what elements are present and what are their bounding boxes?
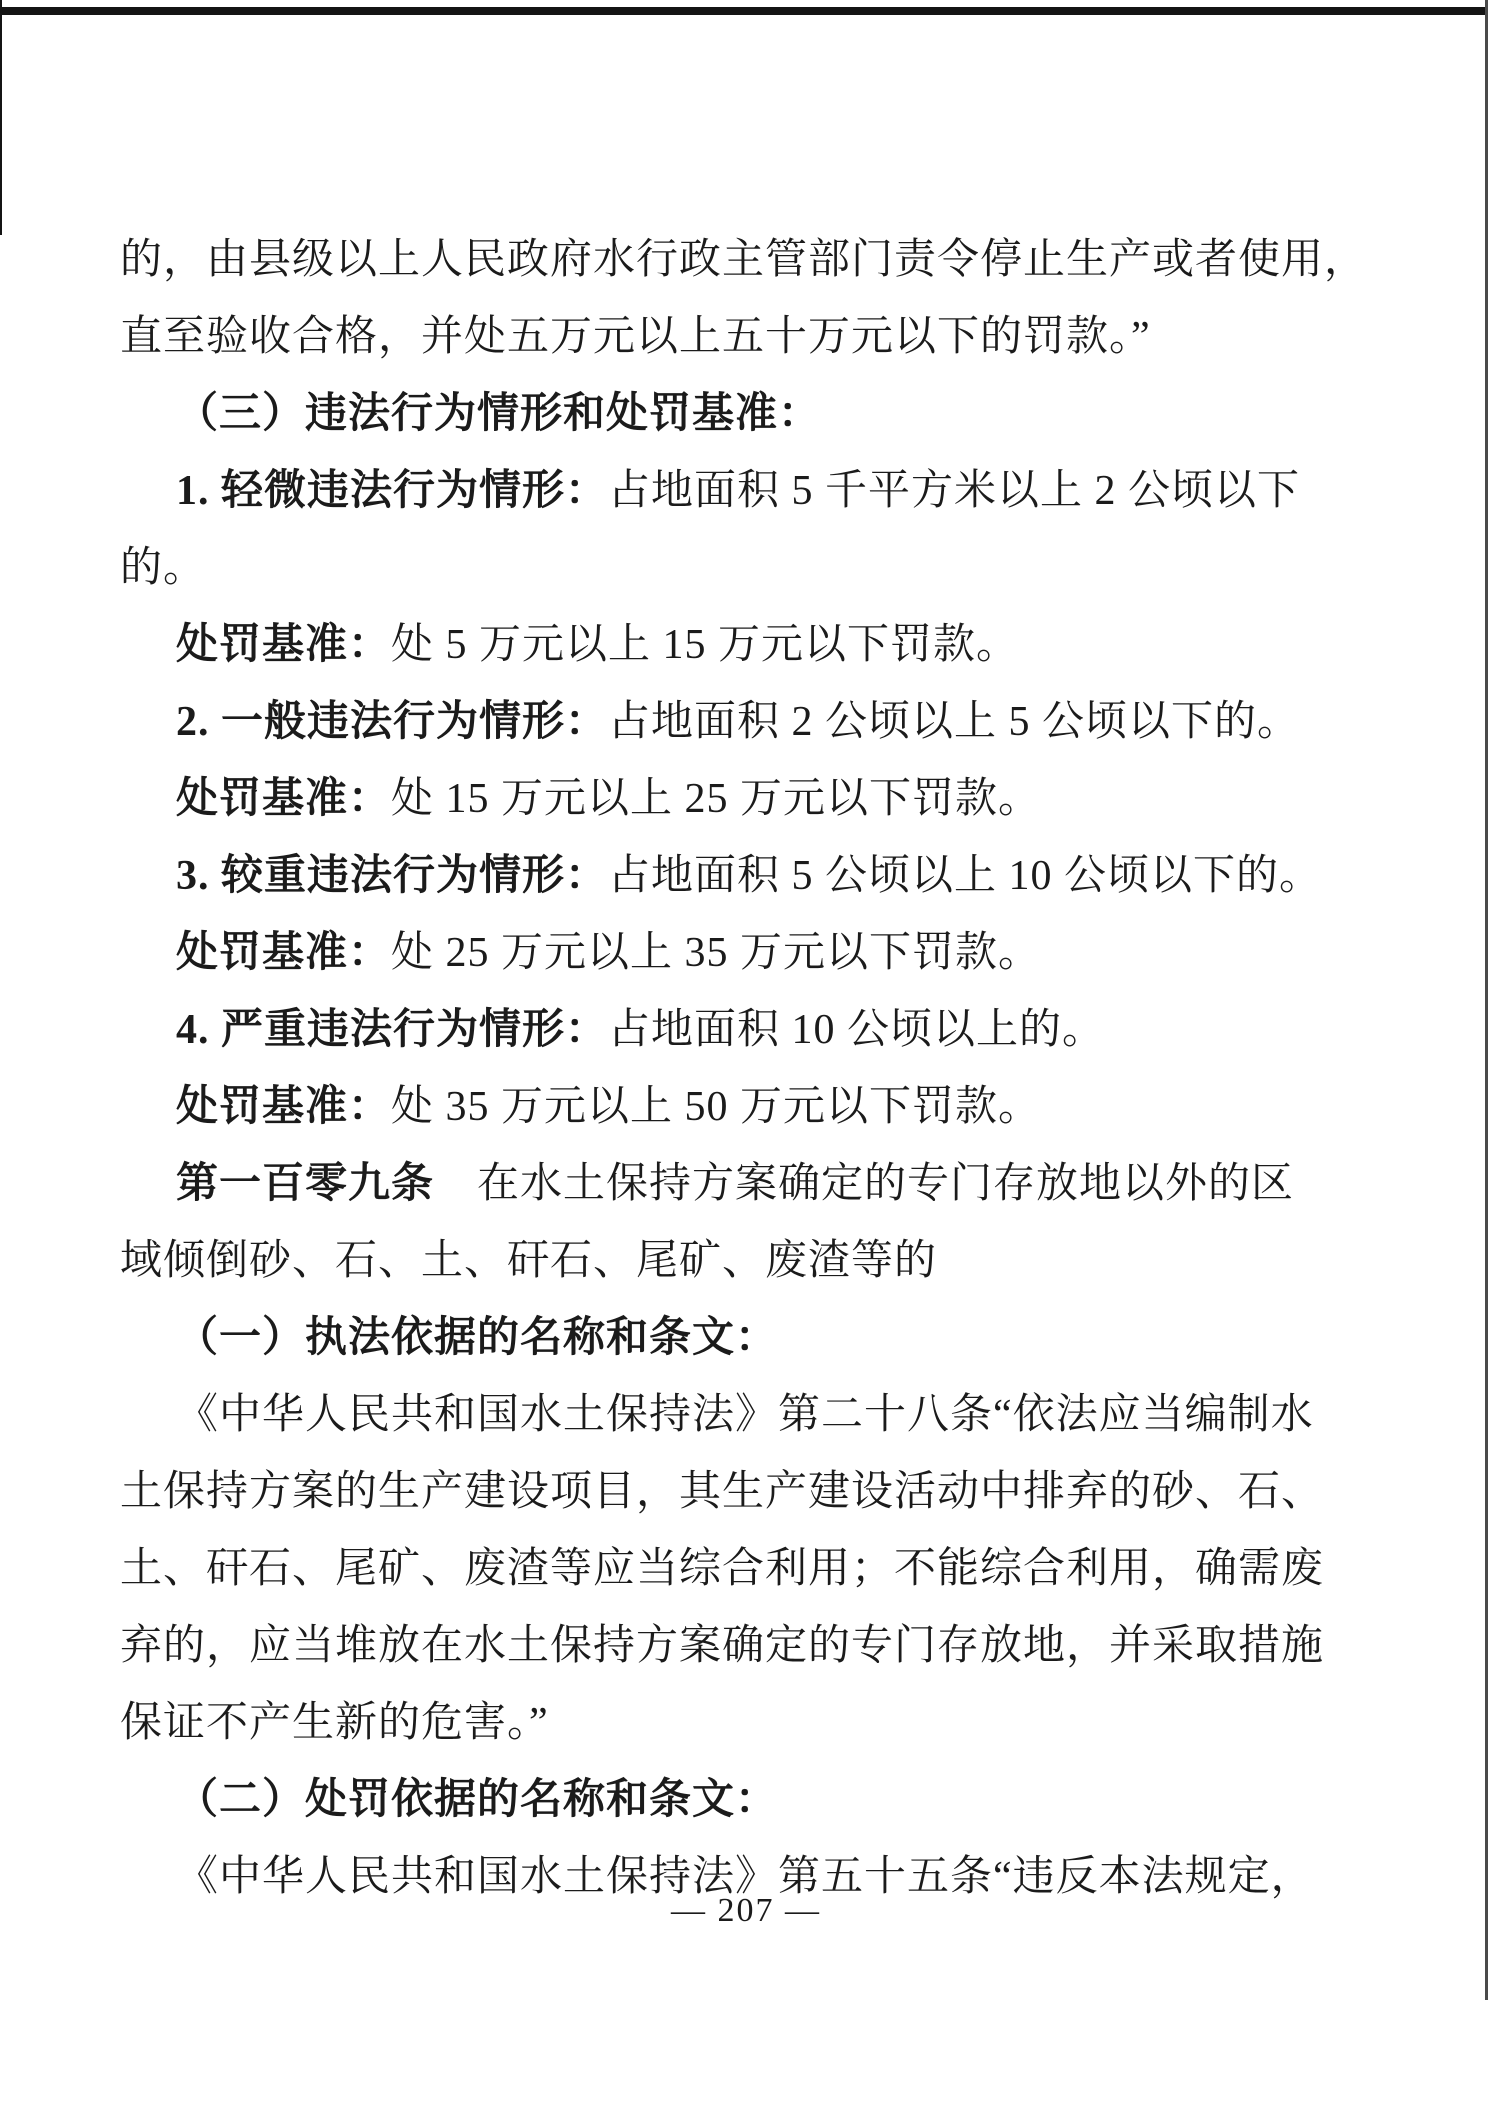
bold-text-segment: 2. 一般违法行为情形： — [176, 699, 608, 745]
text-segment: 在水土保持方案确定的专门存放地以外的区 — [434, 1161, 1294, 1207]
text-line: 域倾倒砂、石、土、矸石、尾矿、废渣等的 — [120, 1223, 1372, 1300]
text-segment: 直至验收合格，并处五万元以上五十万元以下的罚款。” — [120, 314, 1151, 360]
text-line: 保证不产生新的危害。” — [120, 1685, 1372, 1762]
text-line: 1. 轻微违法行为情形：占地面积 5 千平方米以上 2 公顷以下 — [120, 453, 1372, 530]
bold-text-segment: 处罚基准： — [176, 776, 391, 822]
scan-artifact-left-edge — [0, 0, 2, 235]
text-segment: 处 5 万元以上 15 万元以下罚款。 — [391, 622, 1019, 668]
text-segment: 处 25 万元以上 35 万元以下罚款。 — [391, 930, 1041, 976]
bold-text-segment: 处罚基准： — [176, 930, 391, 976]
bold-text-segment: 处罚基准： — [176, 622, 391, 668]
scan-artifact-top-edge — [0, 7, 1488, 15]
text-segment: 土保持方案的生产建设项目，其生产建设活动中排弃的砂、石、 — [120, 1469, 1324, 1515]
text-line: 第一百零九条 在水土保持方案确定的专门存放地以外的区 — [120, 1146, 1372, 1223]
text-line: （三）违法行为情形和处罚基准： — [120, 376, 1372, 453]
text-segment: 占地面积 2 公顷以上 5 公顷以下的。 — [608, 699, 1300, 745]
text-segment: 占地面积 5 千平方米以上 2 公顷以下 — [608, 468, 1300, 514]
bold-text-segment: 4. 严重违法行为情形： — [176, 1007, 608, 1053]
bold-text-segment: （一）执法依据的名称和条文： — [176, 1315, 778, 1361]
text-line: （二）处罚依据的名称和条文： — [120, 1762, 1372, 1839]
text-segment: 弃的，应当堆放在水土保持方案确定的专门存放地，并采取措施 — [120, 1623, 1324, 1669]
text-segment: 域倾倒砂、石、土、矸石、尾矿、废渣等的 — [120, 1238, 937, 1284]
page-number: — 207 — — [120, 1889, 1372, 1933]
bold-text-segment: （二）处罚依据的名称和条文： — [176, 1777, 778, 1823]
text-line: 2. 一般违法行为情形：占地面积 2 公顷以上 5 公顷以下的。 — [120, 684, 1372, 761]
text-line: 的。 — [120, 530, 1372, 607]
text-segment: 保证不产生新的危害。” — [120, 1700, 549, 1746]
bold-text-segment: 1. 轻微违法行为情形： — [176, 468, 608, 514]
text-line: 弃的，应当堆放在水土保持方案确定的专门存放地，并采取措施 — [120, 1608, 1372, 1685]
bold-text-segment: 第一百零九条 — [176, 1161, 434, 1207]
bold-text-segment: 处罚基准： — [176, 1084, 391, 1130]
text-segment: 土、矸石、尾矿、废渣等应当综合利用；不能综合利用，确需废 — [120, 1546, 1324, 1592]
text-line: 土、矸石、尾矿、废渣等应当综合利用；不能综合利用，确需废 — [120, 1531, 1372, 1608]
text-line: 处罚基准：处 25 万元以上 35 万元以下罚款。 — [120, 915, 1372, 992]
text-line: 土保持方案的生产建设项目，其生产建设活动中排弃的砂、石、 — [120, 1454, 1372, 1531]
text-segment: 处 35 万元以上 50 万元以下罚款。 — [391, 1084, 1041, 1130]
document-body: 的，由县级以上人民政府水行政主管部门责令停止生产或者使用，直至验收合格，并处五万… — [120, 222, 1372, 1916]
text-line: 4. 严重违法行为情形：占地面积 10 公顷以上的。 — [120, 992, 1372, 1069]
text-segment: 占地面积 10 公顷以上的。 — [608, 1007, 1105, 1053]
text-line: 处罚基准：处 35 万元以上 50 万元以下罚款。 — [120, 1069, 1372, 1146]
text-line: 《中华人民共和国水土保持法》第二十八条“依法应当编制水 — [120, 1377, 1372, 1454]
document-page: 的，由县级以上人民政府水行政主管部门责令停止生产或者使用，直至验收合格，并处五万… — [0, 0, 1488, 2104]
text-line: 处罚基准：处 15 万元以上 25 万元以下罚款。 — [120, 761, 1372, 838]
text-segment: 的。 — [120, 545, 206, 591]
bold-text-segment: 3. 较重违法行为情形： — [176, 853, 608, 899]
text-line: （一）执法依据的名称和条文： — [120, 1300, 1372, 1377]
text-line: 的，由县级以上人民政府水行政主管部门责令停止生产或者使用， — [120, 222, 1372, 299]
text-segment: 处 15 万元以上 25 万元以下罚款。 — [391, 776, 1041, 822]
text-segment: 《中华人民共和国水土保持法》第二十八条“依法应当编制水 — [176, 1392, 1314, 1438]
text-line: 直至验收合格，并处五万元以上五十万元以下的罚款。” — [120, 299, 1372, 376]
text-segment: 占地面积 5 公顷以上 10 公顷以下的。 — [608, 853, 1322, 899]
text-line: 处罚基准：处 5 万元以上 15 万元以下罚款。 — [120, 607, 1372, 684]
text-segment: 的，由县级以上人民政府水行政主管部门责令停止生产或者使用， — [120, 237, 1367, 283]
bold-text-segment: （三）违法行为情形和处罚基准： — [176, 391, 821, 437]
text-line: 3. 较重违法行为情形：占地面积 5 公顷以上 10 公顷以下的。 — [120, 838, 1372, 915]
